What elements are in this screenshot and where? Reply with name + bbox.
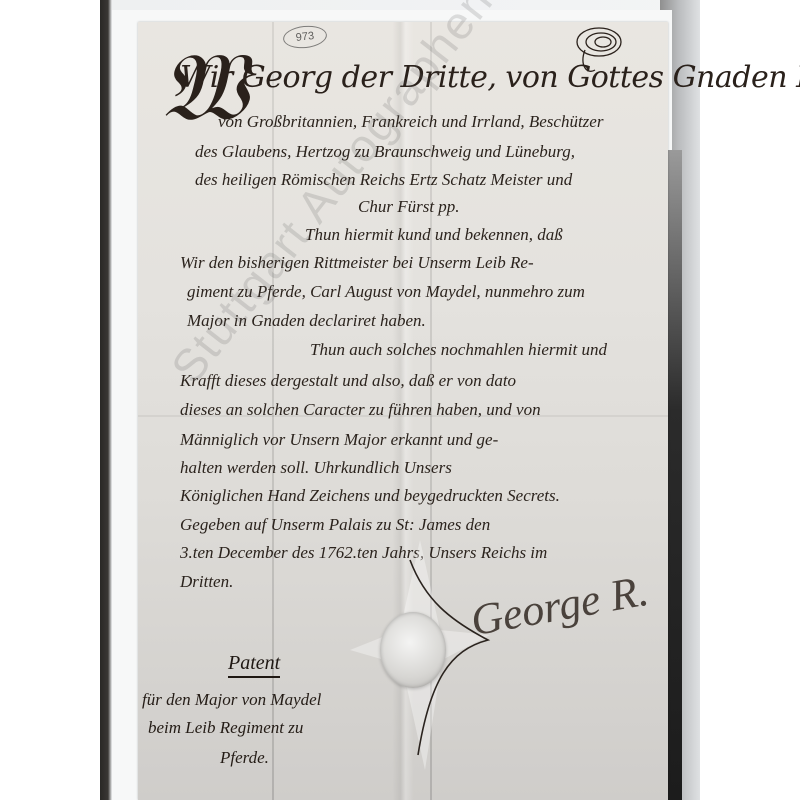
text-line: des heiligen Römischen Reichs Ertz Schat… xyxy=(195,170,572,190)
endorsement-title: Patent xyxy=(228,652,280,678)
text-line: dieses an solchen Caracter zu führen hab… xyxy=(180,400,541,420)
text-line: Chur Fürst pp. xyxy=(358,197,460,217)
text-line: Krafft dieses dergestalt und also, daß e… xyxy=(180,371,516,391)
wax-seal xyxy=(380,612,446,688)
text-line: Männiglich vor Unsern Major erkannt und … xyxy=(180,430,498,450)
text-line: halten werden soll. Uhrkundlich Unsers xyxy=(180,458,452,478)
text-line: Dritten. xyxy=(180,572,233,592)
endorsement-line: Pferde. xyxy=(220,748,269,768)
text-line: Thun hiermit kund und bekennen, daß xyxy=(305,225,563,245)
endorsement-line: für den Major von Maydel xyxy=(142,690,321,710)
text-line: Gegeben auf Unserm Palais zu St: James d… xyxy=(180,515,490,535)
text-line: Thun auch solches nochmahlen hiermit und xyxy=(310,340,607,360)
paper-shadow xyxy=(668,150,682,800)
text-line: Königlichen Hand Zeichens und beygedruck… xyxy=(180,486,560,506)
endorsement-line: beim Leib Regiment zu xyxy=(148,718,303,738)
